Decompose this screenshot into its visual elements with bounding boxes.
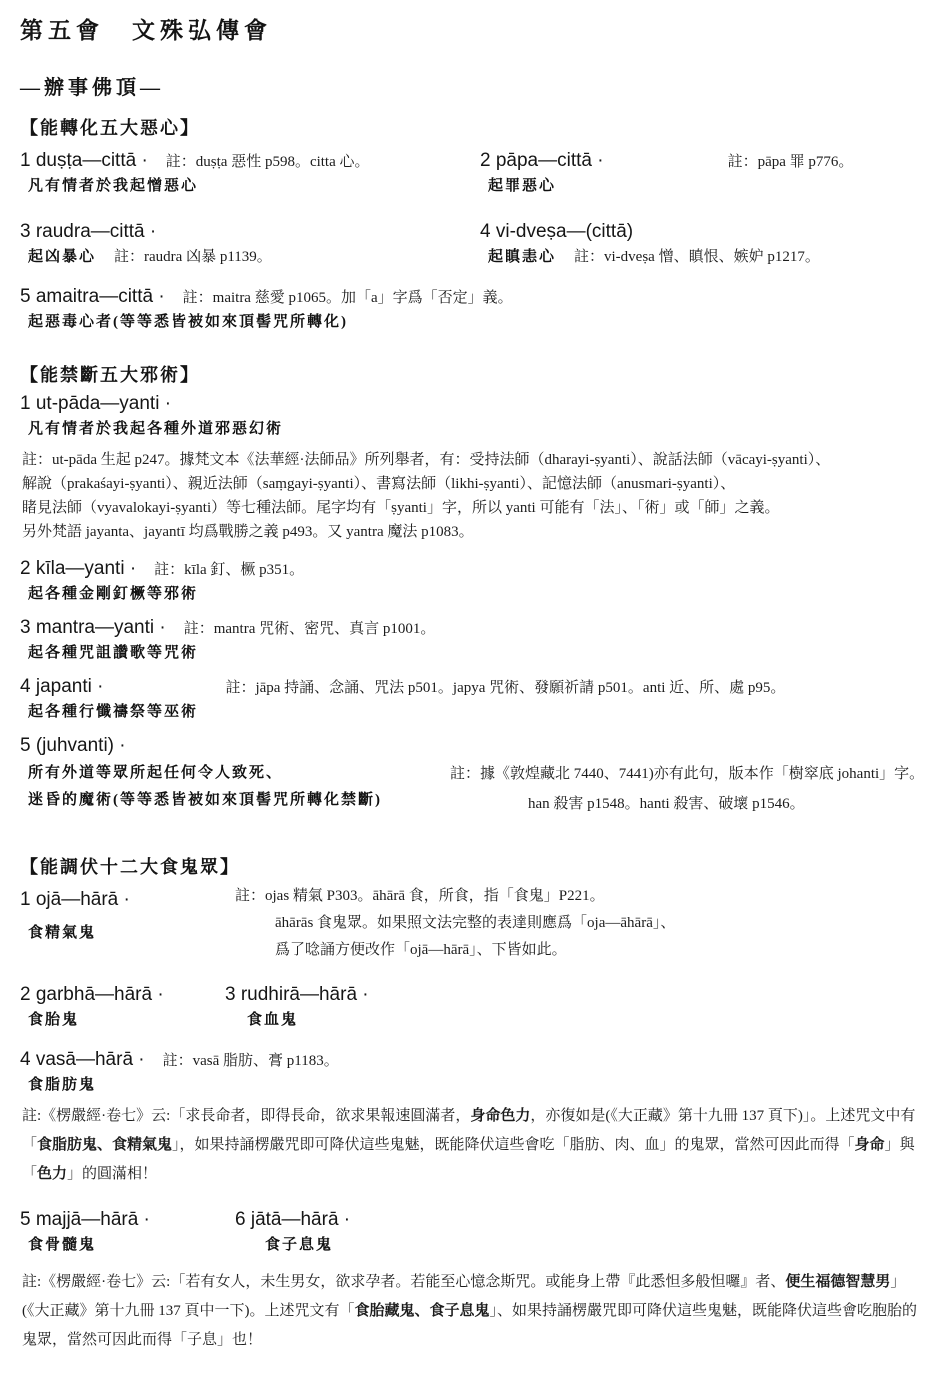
note-text: 註:《楞嚴經·卷七》云:「若有女人，未生男女，欲求孕者。若能至心憶念斯咒。或能身… xyxy=(22,1274,785,1290)
item-oja: 1 ojā—hārā · 食精氣鬼 註：ojas 精氣 P303。āhārā 食… xyxy=(20,883,930,964)
term-mantra-yanti: 3 mantra—yanti · xyxy=(20,617,166,638)
note-vasa: 註：vasā 脂肪、膏 p1183。 xyxy=(163,1053,339,1069)
note-paragraph-vasa: 註:《楞嚴經·卷七》云:「求長命者，即得長命，欲求果報速圓滿者，身命色力，亦復如… xyxy=(22,1102,924,1189)
term-kila-yanti: 2 kīla—yanti · xyxy=(20,558,136,579)
gloss-mantra: 起各種咒詛讚歌等咒術 xyxy=(20,641,930,662)
gloss-raudra: 起凶暴心 xyxy=(20,249,96,265)
gloss-garbha: 食胎鬼 xyxy=(20,1008,225,1029)
note-raudra: 註：raudra 凶暴 p1139。 xyxy=(114,249,272,265)
note-text: 註:《楞嚴經·卷七》云:「求長命者，即得長命，欲求果報速圓滿者， xyxy=(22,1108,470,1124)
note-juhvanti-1: 註：據《敦煌藏北 7440、7441)亦有此句，版本作「樹窣底 johanti」… xyxy=(450,759,930,789)
section3-heading: 【能調伏十二大食鬼眾】 xyxy=(20,853,930,879)
note-text-bold: 食脂肪鬼、食精氣鬼 xyxy=(37,1137,172,1153)
gloss-dusta: 凡有情者於我起憎惡心 xyxy=(20,174,480,195)
gloss-jata: 食子息鬼 xyxy=(235,1233,930,1254)
note-text-bold: 身命 xyxy=(855,1137,885,1153)
note-text-bold: 食胎藏鬼、食子息鬼 xyxy=(355,1303,490,1319)
note-oja-line: 註：ojas 精氣 P303。āhārā 食，所食，指「食鬼」P221。 xyxy=(235,883,930,910)
note-japanti: 註：jāpa 持誦、念誦、咒法 p501。japya 咒術、發願祈請 p501。… xyxy=(225,680,785,696)
gloss-kila: 起各種金剛釘橛等邪術 xyxy=(20,582,930,603)
note-amaitra: 註：maitra 慈愛 p1065。加「a」字爲「否定」義。 xyxy=(183,290,513,306)
term-juhvanti: 5 (juhvanti) · xyxy=(20,735,126,756)
term-garbha-hara: 2 garbhā—hārā · xyxy=(20,984,164,1005)
note-juhvanti-2: han 殺害 p1548。hanti 殺害、破壞 p1546。 xyxy=(450,789,930,819)
gloss-amaitra: 起惡毒心者(等等悉皆被如來頂髻咒所轉化) xyxy=(20,310,930,331)
note-text-bold: 便生福德智慧男 xyxy=(785,1274,890,1290)
gloss-juhvanti-1: 所有外道等眾所起任何令人致死、 xyxy=(20,761,450,782)
section1-heading: 【能轉化五大惡心】 xyxy=(20,114,930,140)
row-items-3-4: 3 raudra—cittā · 起凶暴心 註：raudra 凶暴 p1139。… xyxy=(20,215,930,272)
note-line: 註：ut-pāda 生起 p247。據梵文本《法華經·法師品》所列舉者，有：受持… xyxy=(22,448,928,472)
note-text: 」，如果持誦楞嚴咒即可降伏這些鬼魅，既能降伏這些會吃「脂肪、肉、血」的鬼眾，當然… xyxy=(172,1137,855,1153)
note-paragraph-jata: 註:《楞嚴經·卷七》云:「若有女人，未生男女，欲求孕者。若能至心憶念斯咒。或能身… xyxy=(22,1268,924,1355)
item-utpada: 1 ut-pāda—yanti · 凡有情者於我起各種外道邪惡幻術 註：ut-p… xyxy=(20,393,930,544)
note-oja-line: 爲了唸誦方便改作「ojā—hārā」、下皆如此。 xyxy=(235,937,930,964)
note-mantra: 註：mantra 咒術、密咒、真言 p1001。 xyxy=(184,621,436,637)
row-items-1-2: 1 duṣṭa—cittā · 註：duṣṭa 惡性 p598。citta 心。… xyxy=(20,144,930,201)
term-japanti: 4 japanti · xyxy=(20,676,103,697)
note-text-bold: 色力 xyxy=(37,1166,67,1182)
note-paragraph-utpada: 註：ut-pāda 生起 p247。據梵文本《法華經·法師品》所列舉者，有：受持… xyxy=(22,448,928,544)
term-rudhira-hara: 3 rudhirā—hārā · xyxy=(225,984,369,1005)
term-utpada-yanti: 1 ut-pāda—yanti · xyxy=(20,393,171,414)
note-text: 」的圓滿相！ xyxy=(67,1166,157,1182)
note-oja-line: āhārās 食鬼眾。如果照文法完整的表達則應爲「oja—āhārā」、 xyxy=(235,910,930,937)
section-subtitle: —辦事佛頂— xyxy=(20,71,930,100)
gloss-oja: 食精氣鬼 xyxy=(20,921,235,942)
item-vasa: 4 vasā—hārā · 註：vasā 脂肪、膏 p1183。 食脂肪鬼 註:… xyxy=(20,1049,930,1189)
note-line: 解說（prakaśayi-ṣyanti）、親近法師（saṃgayi-ṣyanti… xyxy=(22,472,928,496)
term-vasa-hara: 4 vasā—hārā · xyxy=(20,1049,145,1070)
item-japanti: 4 japanti · 註：jāpa 持誦、念誦、咒法 p501。japya 咒… xyxy=(20,676,930,721)
term-majja-hara: 5 majjā—hārā · xyxy=(20,1209,150,1230)
item-amaitra: 5 amaitra—cittā · 註：maitra 慈愛 p1065。加「a」… xyxy=(20,286,930,331)
term-vidvesa-citta: 4 vi-dveṣa—(cittā) xyxy=(480,221,633,242)
note-vidvesa: 註：vi-dveṣa 憎、瞋恨、嫉妒 p1217。 xyxy=(574,249,820,265)
note-line: 另外梵語 jayanta、jayantī 均爲戰勝之義 p493。又 yantr… xyxy=(22,520,928,544)
term-amaitra-citta: 5 amaitra—cittā · xyxy=(20,286,165,307)
row-items-majja-jata: 5 majjā—hārā · 食骨髓鬼 6 jātā—hārā · 食子息鬼 xyxy=(20,1203,930,1260)
gloss-japanti: 起各種行懺禱祭等巫術 xyxy=(20,700,930,721)
note-line: 睹見法師（vyavalokayi-ṣyanti）等七種法師。尾字均有「ṣyant… xyxy=(22,496,928,520)
term-raudra-citta: 3 raudra—cittā · xyxy=(20,221,156,242)
item-mantra: 3 mantra—yanti · 註：mantra 咒術、密咒、真言 p1001… xyxy=(20,617,930,662)
note-papa: 註：pāpa 罪 p776。 xyxy=(728,154,854,170)
note-text-bold: 身命色力 xyxy=(470,1108,530,1124)
gloss-majja: 食骨髓鬼 xyxy=(20,1233,235,1254)
term-oja-hara: 1 ojā—hārā · xyxy=(20,889,130,910)
term-dusta-citta: 1 duṣṭa—cittā · xyxy=(20,150,148,171)
item-juhvanti: 5 (juhvanti) · 所有外道等眾所起任何令人致死、 迷昏的魔術(等等悉… xyxy=(20,735,930,819)
gloss-utpada: 凡有情者於我起各種外道邪惡幻術 xyxy=(20,417,930,438)
item-kila: 2 kīla—yanti · 註：kīla 釘、橛 p351。 起各種金剛釘橛等… xyxy=(20,558,930,603)
term-papa-citta: 2 pāpa—cittā · xyxy=(480,150,604,171)
section2-heading: 【能禁斷五大邪術】 xyxy=(20,361,930,387)
gloss-rudhira: 食血鬼 xyxy=(225,1008,930,1029)
term-jata-hara: 6 jātā—hārā · xyxy=(235,1209,350,1230)
gloss-vasa: 食脂肪鬼 xyxy=(20,1073,930,1094)
note-dusta: 註：duṣṭa 惡性 p598。citta 心。 xyxy=(166,154,370,170)
note-kila: 註：kīla 釘、橛 p351。 xyxy=(154,562,304,578)
gloss-juhvanti-2: 迷昏的魔術(等等悉皆被如來頂髻咒所轉化禁斷) xyxy=(20,788,450,809)
gloss-papa: 起罪惡心 xyxy=(480,174,930,195)
page-title: 第五會 文殊弘傳會 xyxy=(20,12,930,45)
gloss-vidvesa: 起瞋恚心 xyxy=(480,249,556,265)
row-items-garbha-rudhira: 2 garbhā—hārā · 食胎鬼 3 rudhirā—hārā · 食血鬼 xyxy=(20,978,930,1035)
